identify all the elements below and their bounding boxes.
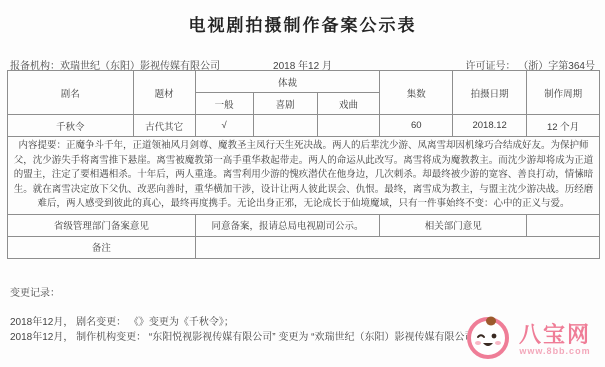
content-summary: 内容提要：正魔争斗千年，正道领袖风月剑尊、魔教圣主凤行天生死决战。两人的后辈沈少…	[8, 137, 600, 215]
watermark-site-name: 八宝网	[519, 324, 591, 346]
header-subject: 题材	[133, 71, 195, 115]
change-record-item: 2018年12月， 剧名变更： 《》变更为《千秋令》；	[10, 315, 488, 330]
cell-episodes: 60	[380, 115, 453, 137]
cell-shoot-date: 2018.12	[453, 115, 527, 137]
cell-genre-comedy	[253, 115, 317, 137]
header-drama-name: 剧名	[8, 71, 134, 115]
watermark-text: 八宝网 www.8bb.com	[519, 324, 591, 356]
header-genre-comedy: 喜剧	[253, 93, 317, 115]
content-summary-label: 内容提要：	[18, 140, 66, 151]
provincial-opinion-label: 省级管理部门备案意见	[8, 214, 196, 236]
baby-face-icon	[465, 314, 511, 365]
change-records-heading: 变更记录：	[10, 286, 488, 301]
remarks-label: 备注	[8, 236, 196, 258]
header-genre-opera: 戏曲	[317, 93, 380, 115]
record-table: 剧名 题材 体裁 集数 拍摄日期 制作周期 一般 喜剧 戏曲 千秋令 古代其它 …	[7, 70, 600, 259]
cell-production-period: 12 个月	[527, 115, 600, 137]
header-production-period: 制作周期	[527, 71, 600, 115]
change-record-item: 2018年12月， 制作机构变更： “东阳悦视影视传媒有限公司” 变更为 “欢瑞…	[10, 330, 488, 345]
remarks-row: 备注	[8, 236, 600, 258]
watermark-site-url: www.8bb.com	[519, 346, 591, 356]
table-row: 千秋令 古代其它 √ 60 2018.12 12 个月	[8, 115, 600, 137]
related-dept-opinion	[527, 214, 600, 236]
remarks-value	[195, 236, 599, 258]
document-page: 电视剧拍摄制作备案公示表 报备机构：欢瑞世纪（东阳）影视传媒有限公司 2018 …	[0, 0, 605, 367]
cell-subject: 古代其它	[133, 115, 195, 137]
content-summary-text: 正魔争斗千年，正道领袖风月剑尊、魔教圣主凤行天生死决战。两人的后辈沈少游、凤离雪…	[14, 140, 594, 209]
table-header-row-1: 剧名 题材 体裁 集数 拍摄日期 制作周期	[8, 71, 600, 93]
cell-genre-general-check: √	[195, 115, 253, 137]
watermark: 八宝网 www.8bb.com	[465, 314, 591, 365]
header-genre-general: 一般	[195, 93, 253, 115]
change-records: 变更记录： 2018年12月， 剧名变更： 《》变更为《千秋令》； 2018年1…	[10, 286, 488, 345]
header-episodes: 集数	[380, 71, 453, 115]
cell-genre-opera	[317, 115, 380, 137]
related-dept-label: 相关部门意见	[380, 214, 527, 236]
provincial-opinion-text: 同意备案，报请总局电视剧司公示。	[195, 214, 380, 236]
page-title: 电视剧拍摄制作备案公示表	[0, 0, 605, 36]
header-shoot-date: 拍摄日期	[453, 71, 527, 115]
header-genre: 体裁	[195, 71, 380, 93]
cell-drama-name: 千秋令	[8, 115, 134, 137]
summary-row: 内容提要：正魔争斗千年，正道领袖风月剑尊、魔教圣主凤行天生死决战。两人的后辈沈少…	[8, 137, 600, 215]
opinion-row: 省级管理部门备案意见 同意备案，报请总局电视剧司公示。 相关部门意见	[8, 214, 600, 236]
